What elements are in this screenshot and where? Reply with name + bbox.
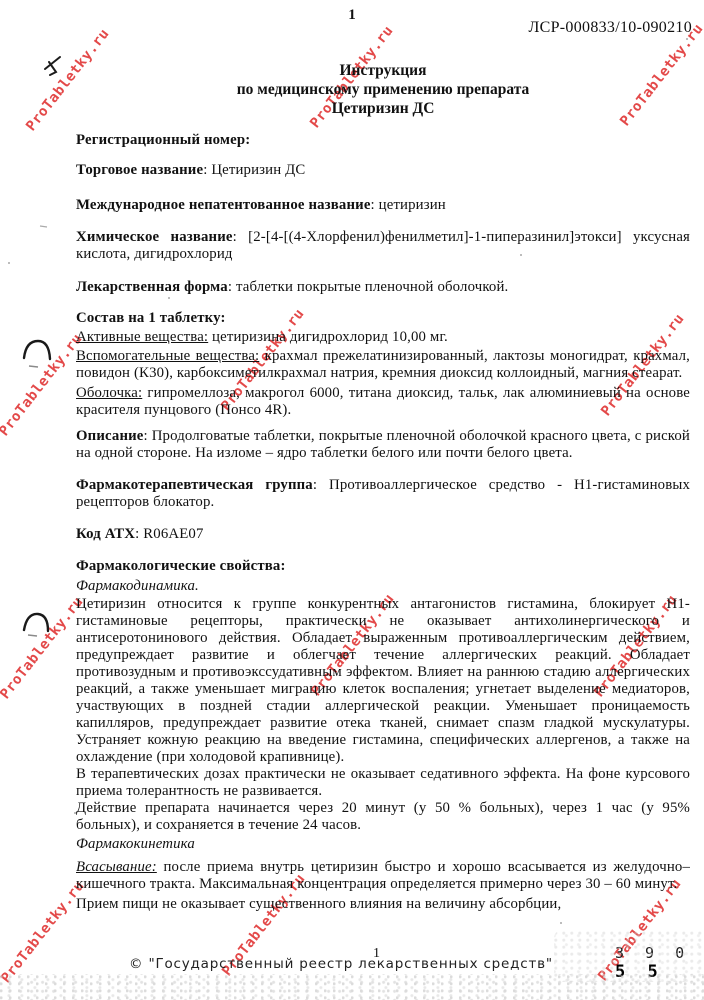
scan-noise-band	[0, 974, 704, 1000]
doc-section: Международное непатентованное название: …	[76, 197, 690, 214]
scan-speck	[520, 254, 522, 256]
section-text: : Цетиризин ДС	[203, 162, 305, 178]
section-text: : Продолговатые таблетки, покрытые плено…	[76, 428, 690, 461]
section-text: после приема внутрь цетиризин быстро и х…	[76, 859, 690, 892]
doc-section: Действие препарата начинается через 20 м…	[76, 800, 690, 834]
section-label: Описание	[76, 428, 144, 444]
pen-dash-left-2	[28, 635, 37, 636]
section-label: Лекарственная форма	[76, 279, 228, 295]
scan-speck	[107, 758, 109, 760]
scan-speck	[8, 262, 10, 264]
section-text: : таблетки покрытые пленочной оболочкой.	[228, 279, 509, 295]
section-label: Международное непатентованное название	[76, 197, 371, 213]
doc-section: Оболочка: гипромеллоза, макрогол 6000, т…	[76, 385, 690, 419]
document-title: Инструкция по медицинскому применению пр…	[76, 61, 690, 118]
section-label: Фармакодинамика.	[76, 578, 199, 594]
pen-dash-left-3	[40, 226, 47, 227]
section-label: Фармакологические свойства:	[76, 558, 286, 574]
doc-section: Регистрационный номер:	[76, 132, 690, 149]
scanned-document-page: ProTabletky.ruProTabletky.ruProTabletky.…	[0, 0, 704, 1000]
scan-speck	[560, 922, 562, 924]
doc-section: Лекарственная форма: таблетки покрытые п…	[76, 279, 690, 296]
doc-section: Активные вещества: цетиризина дигидрохло…	[76, 329, 690, 346]
section-text: В терапевтических дозах практически не о…	[76, 766, 690, 799]
section-text: Действие препарата начинается через 20 м…	[76, 800, 690, 833]
section-text: цетиризина дигидрохлорид 10,00 мг.	[208, 329, 448, 345]
doc-section: Фармакотерапевтическая группа: Противоал…	[76, 477, 690, 511]
pen-scribble-top-left	[45, 57, 60, 75]
scan-speck	[74, 812, 76, 814]
doc-section: Фармакодинамика.	[76, 578, 690, 595]
section-label: Фармакокинетика	[76, 836, 195, 852]
section-label: Оболочка:	[76, 385, 142, 401]
doc-section: Цетиризин относится к группе конкурентны…	[76, 596, 690, 766]
scan-speck	[686, 38, 688, 40]
registration-code: ЛСР-000833/10-090210	[528, 19, 692, 37]
section-label: Вспомогательные вещества:	[76, 348, 259, 364]
section-text: гипромеллоза, макрогол 6000, титана диок…	[76, 385, 690, 418]
pen-arc-left-2	[24, 614, 48, 631]
doc-section: В терапевтических дозах практически не о…	[76, 766, 690, 800]
section-label: Химическое название	[76, 229, 233, 245]
doc-section: Всасывание: после приема внутрь цетиризи…	[76, 859, 690, 893]
section-text: : R06AE07	[135, 526, 203, 542]
document-body: Регистрационный номер:Торговое название:…	[76, 126, 690, 913]
scan-speck	[168, 297, 170, 299]
pen-arc-left-1	[24, 341, 50, 359]
doc-section: Вспомогательные вещества: крахмал прежел…	[76, 348, 690, 382]
section-label: Регистрационный номер:	[76, 132, 250, 148]
doc-section: Химическое название: [2-[4-[(4-Хлорфенил…	[76, 229, 690, 263]
section-label: Фармакотерапевтическая группа	[76, 477, 313, 493]
section-text: Прием пищи не оказывает существенного вл…	[76, 896, 561, 912]
doc-section: Торговое название: Цетиризин ДС	[76, 162, 690, 179]
section-label: Состав на 1 таблетку:	[76, 310, 226, 326]
section-label: Всасывание:	[76, 859, 157, 875]
title-line-1: Инструкция	[76, 61, 690, 80]
watermark: ProTabletky.ru	[0, 331, 86, 439]
section-text: Цетиризин относится к группе конкурентны…	[76, 596, 690, 765]
section-label: Торговое название	[76, 162, 203, 178]
section-label: Код АТХ	[76, 526, 135, 542]
section-text: : цетиризин	[371, 197, 446, 213]
pen-dash-left-1	[29, 366, 38, 367]
doc-section: Состав на 1 таблетку:	[76, 310, 690, 327]
doc-section: Фармакологические свойства:	[76, 558, 690, 575]
section-label: Активные вещества:	[76, 329, 208, 345]
watermark: ProTabletky.ru	[0, 594, 87, 702]
doc-section: Описание: Продолговатые таблетки, покрыт…	[76, 428, 690, 462]
doc-section: Прием пищи не оказывает существенного вл…	[76, 896, 690, 913]
doc-section: Фармакокинетика	[76, 836, 690, 853]
title-line-3: Цетиризин ДС	[76, 99, 690, 118]
title-line-2: по медицинскому применению препарата	[76, 80, 690, 99]
doc-section: Код АТХ: R06AE07	[76, 526, 690, 543]
